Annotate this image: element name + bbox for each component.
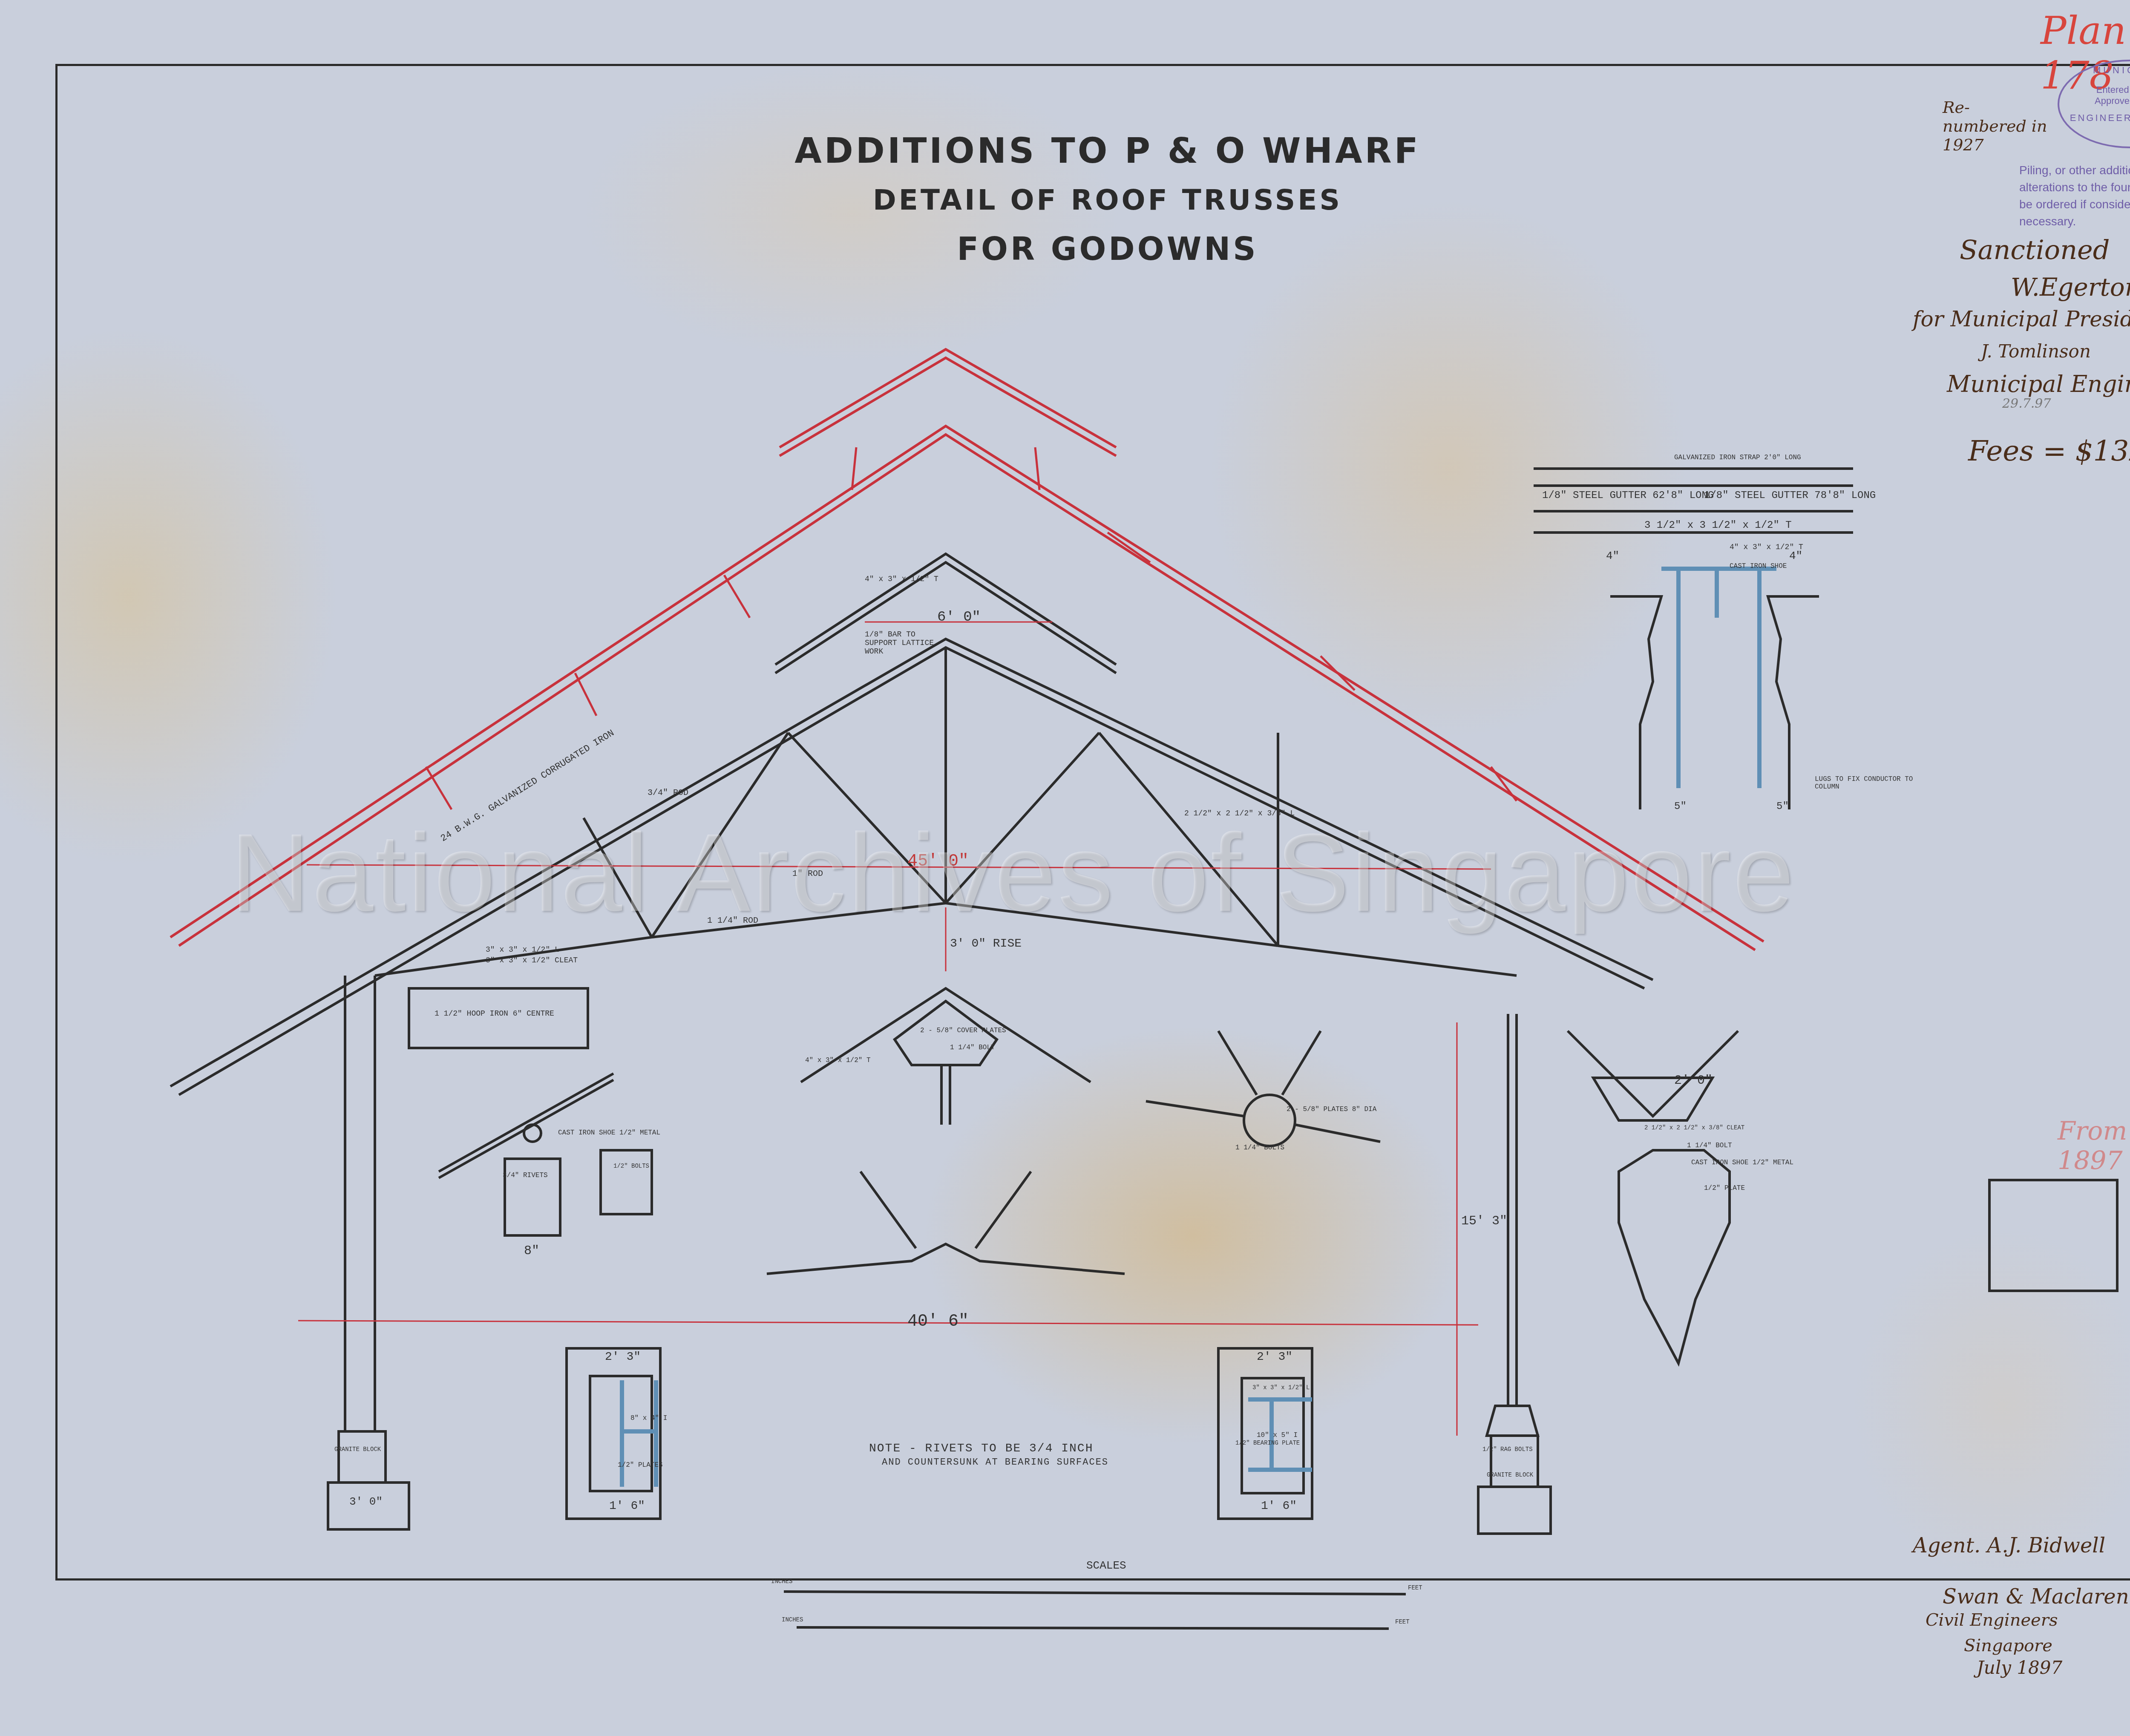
engineer-signature: J. Tomlinson [1981, 341, 2091, 362]
stamp-top-text: MUNICIPAL [2059, 65, 2130, 76]
sanctioned-text: Sanctioned [1960, 234, 2110, 265]
stamp-entered: Entered 27.7.97 [2059, 84, 2130, 95]
stamp-approved: Approved 2274A [2059, 95, 2130, 107]
granite-right-label: GRANITE BLOCK [1487, 1472, 1533, 1479]
engineer-date: 29.7.97 [2002, 396, 2051, 411]
rise-dimension: 3' 0" RISE [950, 937, 1022, 950]
hoop-iron-label: 1 1/2" HOOP IRON 6" CENTRE [435, 1010, 554, 1018]
sanction-signature: W.Egerton [2011, 273, 2130, 302]
column-width-dimension: 8" [524, 1244, 539, 1258]
angle-label: 3" x 3" x 1/2" L [486, 946, 559, 954]
i-beam-left-label: 8" x 4" I [630, 1414, 667, 1422]
city: Singapore [1964, 1636, 2052, 1655]
side-plan-reference: From No 178 1897 [2058, 1116, 2130, 1176]
scales-heading: SCALES [1086, 1559, 1126, 1572]
i-beam-right-label: 10" x 5" I [1257, 1431, 1298, 1439]
valley-shoe-label: CAST IRON SHOE 1/2" METAL [1691, 1159, 1793, 1166]
base-inner-left: 1' 6" [609, 1500, 645, 1513]
shoe-metal-label: CAST IRON SHOE 1/2" METAL [558, 1129, 660, 1137]
column-height-dimension: 15' 3" [1461, 1214, 1507, 1229]
scale1-inches-label: INCHES [771, 1578, 792, 1585]
tee-top-label: 3 1/2" x 3 1/2" x 1/2" T [1644, 520, 1792, 531]
engineer-title: Municipal Engineer [1947, 371, 2130, 397]
plates-dia-label: 2 - 5/8" PLATES 8" DIA [1287, 1106, 1376, 1113]
agent-signature: Agent. A.J. Bidwell [1913, 1534, 2105, 1558]
lattice-bar-label: 1/8" BAR TO SUPPORT LATTICE WORK [865, 630, 950, 656]
archive-watermark: National Archives of Singapore [230, 809, 1796, 937]
base-outer-right: 2' 3" [1257, 1350, 1292, 1364]
stamp-bottom-text: ENGINEERS OFFICE [2059, 112, 2130, 124]
gutter-width-dimension: 2' 0" [1674, 1074, 1713, 1088]
granite-left-label: GRANITE BLOCK [334, 1446, 381, 1453]
ridge-tee-label: 4" x 3" x 1/2" T [805, 1057, 871, 1064]
stamp-conditions: Piling, or other additions or alteration… [2019, 162, 2130, 230]
gutter-right-label: 1/8" STEEL GUTTER 78'8" LONG [1704, 490, 1876, 501]
bay-dimension: 40' 6" [907, 1312, 969, 1331]
main-truss [170, 469, 2117, 1629]
lugs-label: LUGS TO FIX CONDUCTOR TO COLUMN [1815, 775, 1926, 791]
valley-plate-label: 1/2" PLATE [1704, 1184, 1745, 1192]
cast-shoe-label: CAST IRON SHOE [1730, 562, 1787, 570]
bearing-angle-label: 3" x 3" x 1/2" L [1252, 1385, 1310, 1391]
rivets-label: 3/4" RIVETS [503, 1172, 548, 1179]
rivet-note-line1: NOTE - RIVETS TO BE 3/4 INCH [869, 1442, 1093, 1455]
half-bolts-label: 1/2" BOLTS [613, 1163, 649, 1170]
ridge-bolt-label: 1 1/4" BOLT [950, 1044, 995, 1051]
base-inner-right: 1' 6" [1261, 1500, 1297, 1513]
scale1-feet-label: FEET [1408, 1585, 1422, 1592]
red-rafter-struts [426, 447, 1517, 809]
rod-label: 3/4" ROD [648, 788, 688, 798]
strap-label: GALVANIZED IRON STRAP 2'0" LONG [1674, 454, 1801, 461]
bearing-plate-label: 1/2" BEARING PLATE [1235, 1440, 1300, 1447]
drawing-date: July 1897 [1977, 1657, 2062, 1678]
scale2-inches-label: INCHES [782, 1617, 803, 1624]
gutter-left-label: 1/8" STEEL GUTTER 62'8" LONG [1542, 490, 1714, 501]
drawing-sheet: ADDITIONS TO P & O WHARF DETAIL OF ROOF … [0, 0, 2130, 1736]
eaves-bolt-label: 1 1/4" BOLT [1687, 1142, 1732, 1149]
tee-lower-label: 4" x 3" x 1/2" T [1730, 543, 1803, 552]
footing-dimension: 3' 0" [349, 1495, 383, 1508]
cleat-label: 3" x 3" x 1/2" CLEAT [486, 956, 578, 965]
ridge-dimension: 6' 0" [937, 609, 981, 625]
president-title: for Municipal President [1913, 307, 2130, 331]
blue-steel-sections [622, 569, 1776, 1487]
rivet-note-line2: AND COUNTERSUNK AT BEARING SURFACES [882, 1457, 1108, 1468]
cover-plates-label: 2 - 5/8" COVER PLATES [920, 1027, 1006, 1034]
base-outer-left: 2' 3" [605, 1350, 641, 1364]
firm-name: Swan & Maclaren [1943, 1585, 2129, 1609]
valley-cleat-label: 2 1/2" x 2 1/2" x 3/8" CLEAT [1644, 1125, 1744, 1131]
joint-bolts-label: 1 1/4" BOLTS [1235, 1144, 1284, 1152]
scale2-feet-label: FEET [1395, 1619, 1410, 1626]
gutter-sep-left: 4" [1606, 550, 1619, 562]
rag-bolts-label: 1/2" RAG BOLTS [1482, 1446, 1533, 1453]
half-plates-label: 1/2" PLATES [618, 1461, 663, 1469]
fees-text: Fees = $132.62 [1968, 435, 2130, 467]
renumbered-note: Re-numbered in 1927 [1943, 98, 2053, 154]
dimension-lines [298, 622, 1491, 1436]
firm-title: Civil Engineers [1926, 1610, 2058, 1630]
rafter-label: 4" x 3" x 1/2" T [865, 575, 938, 584]
